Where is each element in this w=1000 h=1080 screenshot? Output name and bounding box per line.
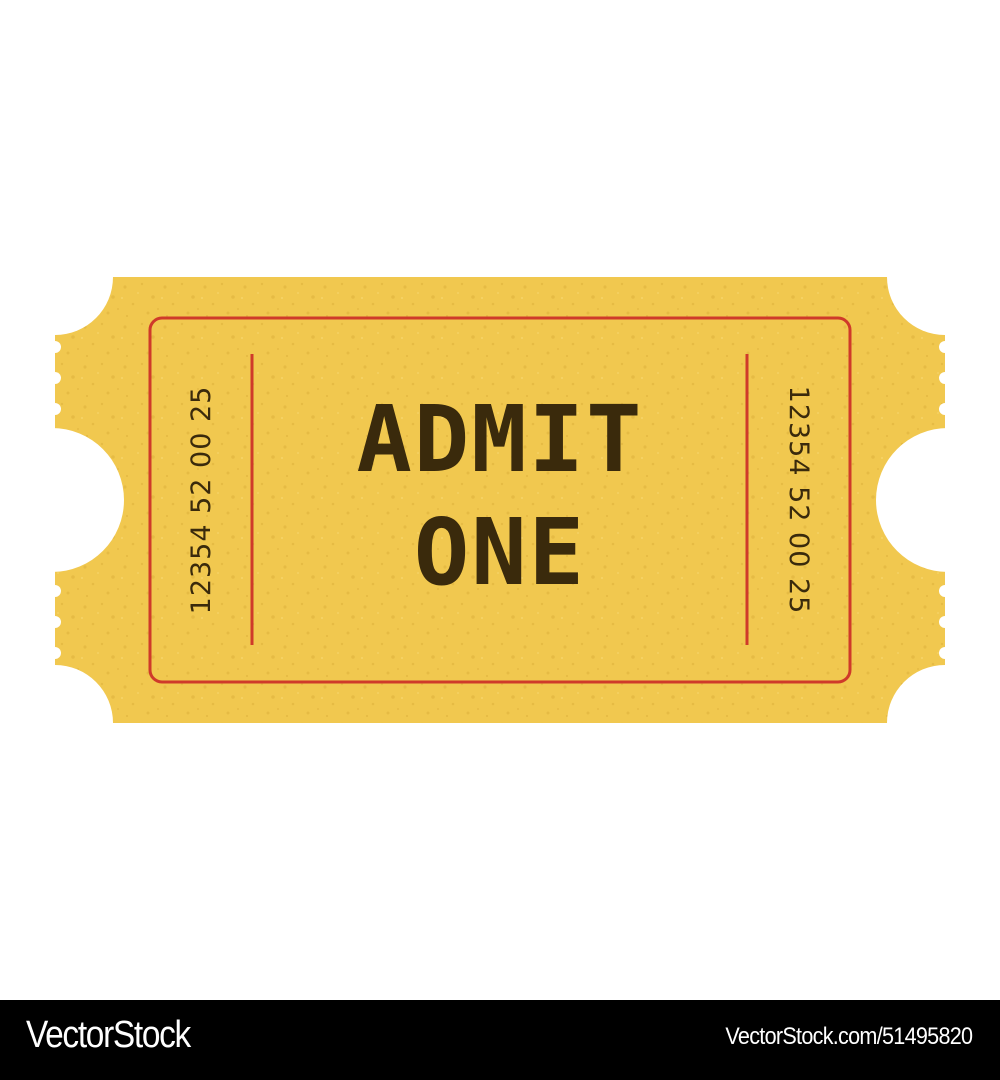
headline-admit: ADMIT xyxy=(250,385,750,495)
brand-logo: VectorStock xyxy=(26,1014,190,1057)
watermark-footer: VectorStock VectorStock.com/51495820 xyxy=(0,1000,1000,1080)
image-url: VectorStock.com/51495820 xyxy=(725,1023,972,1051)
headline-one: ONE xyxy=(250,498,750,608)
serial-number-right: 12354 52 00 25 xyxy=(778,350,818,650)
ticket-illustration: ADMIT ONE 12354 52 00 25 12354 52 00 25 xyxy=(0,0,1000,1000)
serial-number-left: 12354 52 00 25 xyxy=(182,350,222,650)
